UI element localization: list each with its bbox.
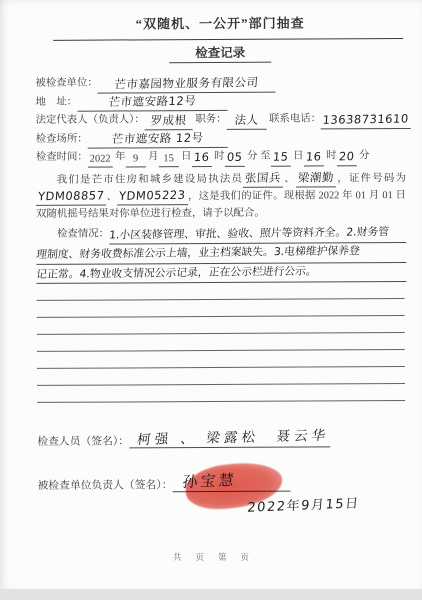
inspected-unit-value: 芒市嘉园物业服务有限公司: [114, 75, 259, 90]
findings-line-2: 理制度、财务收费标准公示上墙，业主档案缺失。3.电梯维护保养登: [36, 243, 406, 264]
title-divider-line: [53, 38, 403, 41]
inspectors-signatures: 柯强 、 梁露松 聂云华: [136, 430, 330, 447]
legal-rep-value: 罗成根: [150, 113, 187, 127]
place-label: 检查场所：: [36, 133, 88, 144]
time-end-hour: 16: [305, 150, 322, 163]
footer-page-unit: 页: [241, 552, 250, 562]
time-end-day: 15: [272, 150, 289, 163]
time-day: 15: [163, 153, 173, 164]
time-day-unit: 日: [181, 151, 191, 162]
time-month-unit: 月: [148, 151, 158, 162]
findings-text-2: 理制度、财务收费标准公示上墙，业主档案缺失。3.电梯维护保养登: [35, 242, 360, 263]
page-footer: 共页第页: [0, 551, 422, 563]
phone-value: 13638731610: [323, 112, 410, 126]
findings-label: 检查情况：: [36, 225, 109, 245]
address-value: 芒市遮安路12号: [108, 95, 197, 109]
legal-rep-label: 法定代表人（负责人）：: [36, 114, 145, 126]
time-start-hour: 16: [193, 150, 210, 163]
time-year: 2022: [90, 153, 111, 164]
blank-ruled-line: [37, 333, 405, 352]
time-start-min: 05: [226, 150, 243, 163]
subtitle-wrap: 检查记录: [35, 42, 405, 64]
unit-head-signature: 孙宝慧: [182, 474, 238, 489]
findings-section: 检查情况： 1.小区装修管理、审批、验收、照片等资料齐全。2.财务管 理制度、财…: [36, 223, 407, 402]
cert1-number: YDM08857: [38, 189, 105, 203]
document-subtitle: 检查记录: [169, 43, 271, 64]
findings-line-3: 记正常。4.物业收支情况公示记录，正在公示栏进行公示。: [36, 262, 406, 283]
blank-ruled-line: [37, 384, 405, 403]
phone-label: 联系电话：: [269, 113, 321, 124]
time-hour-unit: 时: [214, 151, 224, 162]
time-month: 9: [133, 153, 138, 164]
time-end-min: 20: [338, 150, 355, 163]
footer-total-label: 共: [173, 552, 182, 562]
time-end-hour-unit: 时: [326, 150, 336, 161]
findings-text-1: 1.小区装修管理、审批、验收、照片等资料齐全。2.财务管: [108, 223, 390, 244]
field-place: 检查场所：芒市遮安路 12号: [36, 128, 406, 148]
unit-head-label: 被检查单位负责人（签名）：: [38, 479, 173, 492]
officer1-name: 张国兵: [245, 171, 282, 185]
field-inspected-unit: 被检查单位：芒市嘉园物业服务有限公司: [35, 73, 405, 93]
inspected-unit-label: 被检查单位：: [35, 78, 97, 89]
intro-sep2: 、: [106, 191, 117, 202]
signature-date-row: 2022年9月15日: [38, 494, 408, 516]
time-year-unit: 年: [115, 151, 125, 162]
time-to: 至: [260, 151, 270, 162]
intro-sep1: 、: [283, 173, 296, 184]
scanned-document-page: “双随机、一公开”部门抽查 检查记录 被检查单位：芒市嘉园物业服务有限公司 地 …: [0, 0, 422, 589]
field-time: 检查时间：2022 年9 月15 日16 时05 分 至15 日16 时20 分: [36, 147, 406, 167]
blank-ruled-line: [37, 299, 405, 318]
intro-part1: 我们是芒市住房和城乡建设局执法员: [57, 173, 243, 185]
document-title: “双随机、一公开”部门抽查: [35, 12, 405, 33]
findings-text-3: 记正常。4.物业收支情况公示记录，正在公示栏进行公示。: [36, 262, 318, 283]
blank-ruled-line: [37, 316, 405, 335]
inspectors-label: 检查人员（签名）：: [37, 435, 129, 447]
field-address: 地 址：芒市遮安路12号: [35, 91, 405, 111]
time-min-unit: 分: [247, 151, 257, 162]
intro-part2: ，证件号码为: [336, 172, 406, 183]
address-label: 地 址：: [36, 96, 78, 107]
time-label: 检查时间：: [36, 152, 88, 163]
duty-value: 法人: [234, 113, 259, 126]
blank-ruled-line: [37, 350, 405, 369]
duty-label: 职务：: [195, 114, 226, 125]
form-fields: 被检查单位：芒市嘉园物业服务有限公司 地 址：芒市遮安路12号 法定代表人（负责…: [35, 73, 405, 167]
signature-date: 2022年9月15日: [247, 492, 361, 515]
officer2-name: 梁潮勤: [298, 171, 335, 185]
time-end-min-unit: 分: [359, 150, 369, 161]
document-content: “双随机、一公开”部门抽查 检查记录 被检查单位：芒市嘉园物业服务有限公司 地 …: [0, 0, 422, 516]
blank-ruled-line: [37, 367, 405, 386]
intro-paragraph: 我们是芒市住房和城乡建设局执法员张国兵、梁潮勤，证件号码为YDM08857、YD…: [36, 169, 406, 222]
time-end-day-unit: 日: [293, 151, 303, 162]
field-legal-rep: 法定代表人（负责人）：罗成根 职务：法人 联系电话：13638731610: [36, 110, 406, 130]
blank-ruled-line: [36, 282, 404, 301]
footer-total-unit: 页: [195, 552, 204, 562]
footer-page-label: 第: [218, 552, 227, 562]
cert2-number: YDM05223: [119, 188, 186, 202]
place-value: 芒市遮安路 12号: [111, 132, 204, 146]
inspectors-signature-row: 检查人员（签名）：柯强 、 梁露松 聂云华: [37, 431, 407, 449]
unit-head-signature-row: 被检查单位负责人（签名）：孙宝慧: [37, 474, 407, 493]
